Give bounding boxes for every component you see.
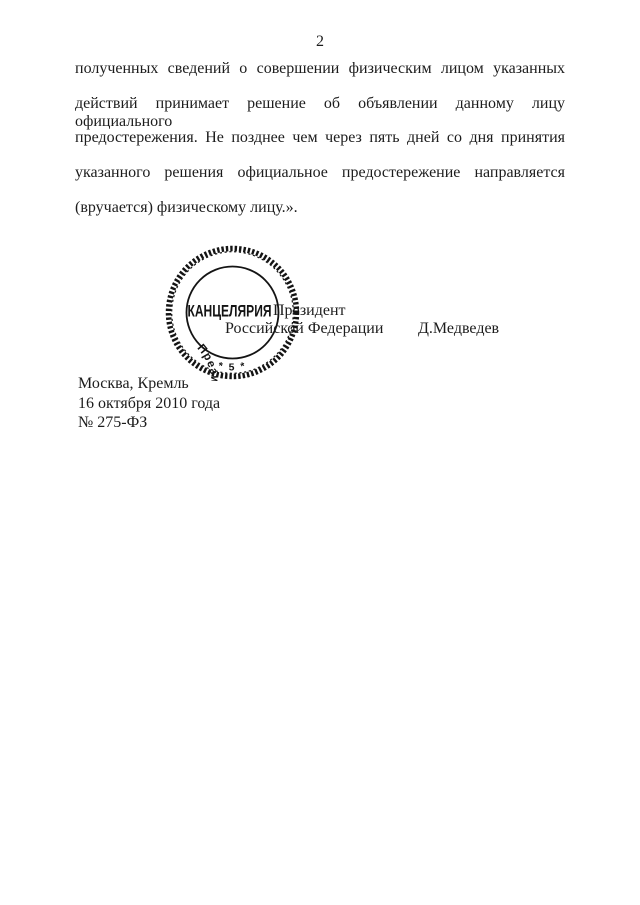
paragraph-line: действий принимает решение об объявлении…: [75, 95, 565, 131]
footer-city-line: Москва, Кремль: [78, 374, 220, 394]
paragraph-line: полученных сведений о совершении физичес…: [75, 60, 565, 78]
paragraph-line: предостережения. Не позднее чем через пя…: [75, 129, 565, 147]
page-number: 2: [0, 33, 640, 51]
paragraph-line: (вручается) физическому лицу.».: [75, 199, 565, 217]
paragraph-line: указанного решения официальное предостер…: [75, 164, 565, 182]
chancellery-stamp-icon: Президент Российской Федерации * 5 * КАН…: [164, 244, 301, 381]
document-page: 2 полученных сведений о совершении физич…: [0, 0, 640, 905]
footer-block: Москва, Кремль 16 октября 2010 года № 27…: [78, 374, 220, 433]
stamp-number-text: * 5 *: [217, 360, 248, 374]
footer-date-line: 16 октября 2010 года: [78, 394, 220, 414]
footer-law-number: № 275-ФЗ: [78, 413, 220, 433]
stamp-center-text: КАНЦЕЛЯРИЯ: [188, 303, 272, 321]
signatory-name: Д.Медведев: [418, 320, 499, 338]
